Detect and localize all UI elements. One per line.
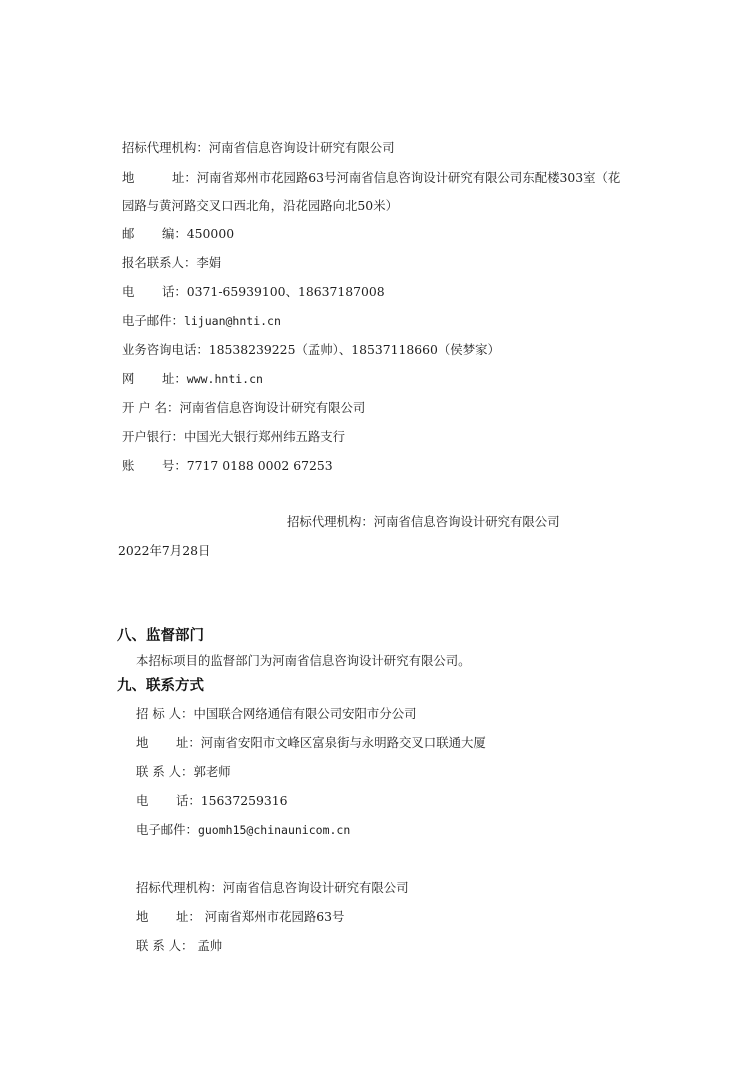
address-label-a: 地	[122, 170, 172, 186]
s9-agency-contact-label: 联 系 人：	[136, 938, 193, 953]
phone-line: 电话：0371-65939100、18637187008	[122, 284, 385, 300]
tenderer-name-label: 招 标 人：	[136, 706, 193, 721]
account-name-value: 河南省信息咨询设计研究有限公司	[179, 400, 365, 415]
tenderer-email-line: 电子邮件：guomh15@chinaunicom.cn	[136, 822, 350, 838]
registration-contact-line: 报名联系人：李娟	[122, 255, 221, 271]
registration-contact-label: 报名联系人：	[122, 255, 196, 270]
s9-agency-address-label-b: 址：	[176, 909, 201, 924]
tenderer-email-label: 电子邮件：	[136, 822, 198, 837]
phone-value: 0371-65939100、18637187008	[187, 284, 385, 299]
tenderer-phone-value: 15637259316	[201, 793, 288, 808]
s9-agency-name-label: 招标代理机构：	[136, 880, 223, 895]
tenderer-address-line: 地址：河南省安阳市文峰区富泉街与永明路交叉口联通大厦	[136, 735, 486, 751]
address-line: 地址：河南省郑州市花园路63号河南省信息咨询设计研究有限公司东配楼303室（花	[122, 170, 620, 186]
account-number-value: 7717 0188 0002 67253	[187, 458, 333, 473]
signature-date: 2022年7月28日	[118, 543, 210, 559]
s9-agency-contact-value: 孟帅	[193, 938, 222, 953]
account-number-line: 账号：7717 0188 0002 67253	[122, 458, 333, 474]
phone-label-a: 电	[122, 284, 162, 300]
tenderer-phone-line: 电话：15637259316	[136, 793, 288, 809]
website-label-b: 址：	[162, 371, 187, 386]
tenderer-name-line: 招 标 人：中国联合网络通信有限公司安阳市分公司	[136, 706, 416, 722]
account-number-label-b: 号：	[162, 458, 187, 473]
email-line: 电子邮件：lijuan@hnti.cn	[122, 313, 281, 329]
registration-contact-value: 李娟	[196, 255, 221, 270]
address-value-2: 园路与黄河路交叉口西北角，沿花园路向北50米）	[122, 198, 398, 213]
s9-agency-name-line: 招标代理机构：河南省信息咨询设计研究有限公司	[136, 880, 409, 896]
website-line: 网址：www.hnti.cn	[122, 371, 263, 387]
website-label-a: 网	[122, 371, 162, 387]
agency-value: 河南省信息咨询设计研究有限公司	[209, 140, 395, 155]
postcode-label-a: 邮	[122, 226, 162, 242]
section-9-title: 九、联系方式	[117, 677, 204, 695]
bank-label: 开户银行：	[122, 429, 184, 444]
business-phone-value: 18538239225（孟帅）、18537118660（侯梦家）	[209, 342, 500, 357]
s9-agency-name-value: 河南省信息咨询设计研究有限公司	[223, 880, 409, 895]
email-value[interactable]: lijuan@hnti.cn	[184, 314, 281, 328]
postcode-label-b: 编：	[162, 226, 187, 241]
account-name-line: 开 户 名：河南省信息咨询设计研究有限公司	[122, 400, 365, 416]
tenderer-contact-label: 联 系 人：	[136, 764, 193, 779]
website-value[interactable]: www.hnti.cn	[187, 372, 263, 386]
s9-agency-address-value: 河南省郑州市花园路63号	[201, 909, 345, 924]
s9-agency-address-label-a: 地	[136, 909, 176, 925]
agency-line: 招标代理机构：河南省信息咨询设计研究有限公司	[122, 140, 395, 156]
address-line-2: 园路与黄河路交叉口西北角，沿花园路向北50米）	[122, 198, 398, 214]
postcode-value: 450000	[187, 226, 234, 241]
tenderer-address-value: 河南省安阳市文峰区富泉街与永明路交叉口联通大厦	[201, 735, 486, 750]
tenderer-email-value[interactable]: guomh15@chinaunicom.cn	[198, 823, 350, 837]
s9-agency-contact-line: 联 系 人： 孟帅	[136, 938, 222, 954]
bank-value: 中国光大银行郑州纬五路支行	[184, 429, 345, 444]
bank-line: 开户银行：中国光大银行郑州纬五路支行	[122, 429, 345, 445]
email-label: 电子邮件：	[122, 313, 184, 328]
agency-label: 招标代理机构：	[122, 140, 209, 155]
tenderer-name-value: 中国联合网络通信有限公司安阳市分公司	[193, 706, 416, 721]
section-8-title: 八、监督部门	[117, 627, 204, 645]
s9-agency-address-line: 地址： 河南省郑州市花园路63号	[136, 909, 344, 925]
postcode-line: 邮编：450000	[122, 226, 234, 242]
tenderer-address-label-b: 址：	[176, 735, 201, 750]
tenderer-contact-value: 郭老师	[193, 764, 230, 779]
section-8-body: 本招标项目的监督部门为河南省信息咨询设计研究有限公司。	[136, 653, 471, 669]
tenderer-phone-label-b: 话：	[176, 793, 201, 808]
signature-agency: 招标代理机构：河南省信息咨询设计研究有限公司	[287, 514, 560, 530]
tenderer-address-label-a: 地	[136, 735, 176, 751]
account-number-label-a: 账	[122, 458, 162, 474]
phone-label-b: 话：	[162, 284, 187, 299]
address-label-b: 址：	[172, 170, 197, 185]
tenderer-contact-line: 联 系 人：郭老师	[136, 764, 231, 780]
business-phone-label: 业务咨询电话：	[122, 342, 209, 357]
address-value-1: 河南省郑州市花园路63号河南省信息咨询设计研究有限公司东配楼303室（花	[197, 170, 621, 185]
tenderer-phone-label-a: 电	[136, 793, 176, 809]
business-phone-line: 业务咨询电话：18538239225（孟帅）、18537118660（侯梦家）	[122, 342, 500, 358]
account-name-label: 开 户 名：	[122, 400, 179, 415]
